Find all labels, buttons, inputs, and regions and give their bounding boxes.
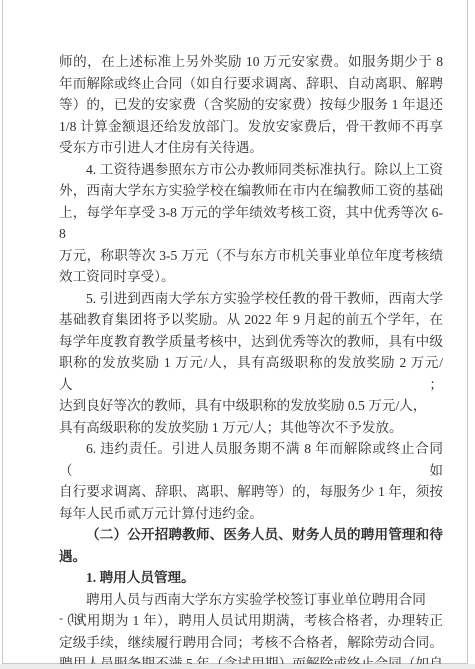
text-line: 遇。 — [59, 546, 443, 568]
text-line: 每学年度教育教学质量考核中，达到优秀等次的教师，具有中级 — [59, 331, 443, 353]
text-line: 效工资同时享受）。 — [59, 266, 443, 288]
text-line: 具有高级职称的发放奖励 1 万元/人；其他等次不予发放。 — [59, 417, 443, 439]
text-line: （试用期为 1 年），聘用人员试用期满，考核合格者，办理转正 — [59, 610, 443, 632]
document-body: 师的，在上述标准上另外奖励 10 万元安家费。如服务期少于 8年而解除或终止合同… — [59, 51, 443, 669]
text-line: 每年人民币贰万元计算付违约金。 — [59, 503, 443, 525]
text-line: （二）公开招聘教师、医务人员、财务人员的聘用管理和待 — [59, 524, 443, 546]
text-line: 6. 违约责任。引进人员服务期不满 8 年而解除或终止合同（如 — [59, 438, 443, 481]
text-line: 外，西南大学东方实验学校在编教师在市内在编教师工资的基础 — [59, 180, 443, 202]
text-line: 万元，称职等次 3-5 万元（不与东方市机关事业单位年度考核绩 — [59, 245, 443, 267]
page-number: - 16 - — [59, 611, 95, 626]
text-line: 1/8 计算金额退还给发放部门。发放安家费后，骨干教师不再享 — [59, 116, 443, 138]
text-line: 4. 工资待遇参照东方市公办教师同类标准执行。除以上工资 — [59, 159, 443, 181]
document-page: 师的，在上述标准上另外奖励 10 万元安家费。如服务期少于 8年而解除或终止合同… — [2, 0, 468, 664]
document-viewer: 师的，在上述标准上另外奖励 10 万元安家费。如服务期少于 8年而解除或终止合同… — [0, 0, 475, 669]
text-line: 5. 引进到西南大学东方实验学校任教的骨干教师，西南大学 — [59, 288, 443, 310]
text-line: 上，每学年享受 3-8 万元的学年绩效考核工资，其中优秀等次 6-8 — [59, 202, 443, 245]
text-line: 达到良好等次的教师，具有中级职称的发放奖励 0.5 万元/人， — [59, 395, 443, 417]
text-line: 等）的，已发的安家费（含奖励的安家费）按每少服务 1 年退还 — [59, 94, 443, 116]
text-line: 定级手续，继续履行聘用合同；考核不合格者，解除劳动合同。 — [59, 632, 443, 654]
viewer-background — [0, 664, 475, 669]
text-line: 聘用人员与西南大学东方实验学校签订事业单位聘用合同 — [59, 589, 443, 611]
text-line: 基础教育集团将予以奖励。从 2022 年 9 月起的前五个学年，在 — [59, 309, 443, 331]
text-line: 师的，在上述标准上另外奖励 10 万元安家费。如服务期少于 8 — [59, 51, 443, 73]
text-line: 1. 聘用人员管理。 — [59, 567, 443, 589]
text-line: 自行要求调离、辞职、离职、解聘等）的，每服务少 1 年，须按 — [59, 481, 443, 503]
text-line: 职称的发放奖励 1 万元/人，具有高级职称的发放奖励 2 万元/人； — [59, 352, 443, 395]
text-line: 受东方市引进人才住房有关待遇。 — [59, 137, 443, 159]
text-line: 年而解除或终止合同（如自行要求调离、辞职、自动离职、解聘 — [59, 73, 443, 95]
